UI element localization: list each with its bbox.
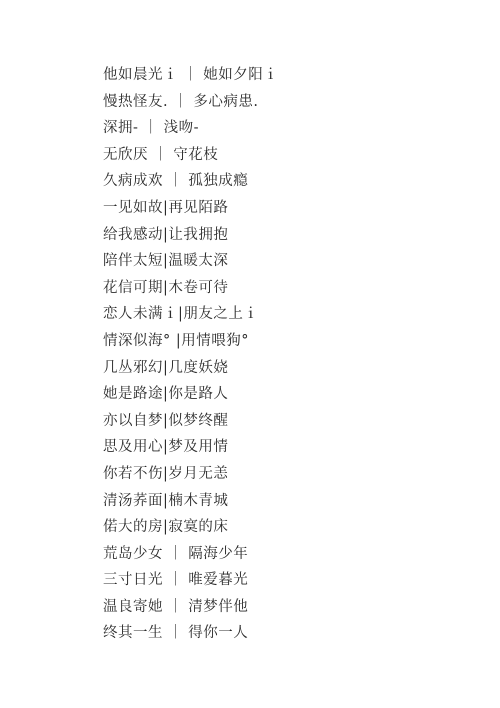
couplet-line: 无欣厌 ｜ 守花枝 [103, 142, 278, 169]
couplet-line: 他如晨光ｉ ｜ 她如夕阳ｉ [103, 62, 278, 89]
couplet-line: 清汤荞面|楠木青城 [103, 488, 278, 515]
couplet-line: 三寸日光 ｜ 唯爱暮光 [103, 567, 278, 594]
couplet-line: 温良寄她 ｜ 清梦伴他 [103, 594, 278, 621]
couplet-line: 思及用心|梦及用情 [103, 434, 278, 461]
couplet-line: 荒岛少女 ｜ 隔海少年 [103, 541, 278, 568]
couplet-line: 一见如故|再见陌路 [103, 195, 278, 222]
couplet-line: 慢热怪友. ｜ 多心病患. [103, 89, 278, 116]
couplet-line: 亦以自梦|似梦终醒 [103, 408, 278, 435]
couplet-line: 她是路途|你是路人 [103, 381, 278, 408]
couplet-list: 他如晨光ｉ ｜ 她如夕阳ｉ 慢热怪友. ｜ 多心病患. 深拥- ｜ 浅吻- 无欣… [103, 62, 278, 647]
couplet-line: 偌大的房|寂寞的床 [103, 514, 278, 541]
couplet-line: 你若不伤|岁月无恙 [103, 461, 278, 488]
couplet-line: 深拥- ｜ 浅吻- [103, 115, 278, 142]
couplet-line: 陪伴太短|温暖太深 [103, 248, 278, 275]
couplet-line: 情深似海° |用情喂狗° [103, 328, 278, 355]
couplet-line: 几丛邪幻|几度妖娆 [103, 355, 278, 382]
couplet-line: 给我感动|让我拥抱 [103, 222, 278, 249]
couplet-line: 终其一生 ｜ 得你一人 [103, 620, 278, 647]
document-page: 他如晨光ｉ ｜ 她如夕阳ｉ 慢热怪友. ｜ 多心病患. 深拥- ｜ 浅吻- 无欣… [0, 0, 500, 708]
couplet-line: 恋人未满ｉ|朋友之上ｉ [103, 301, 278, 328]
couplet-line: 久病成欢 ｜ 孤独成瘾 [103, 168, 278, 195]
couplet-line: 花信可期|木卷可待 [103, 275, 278, 302]
